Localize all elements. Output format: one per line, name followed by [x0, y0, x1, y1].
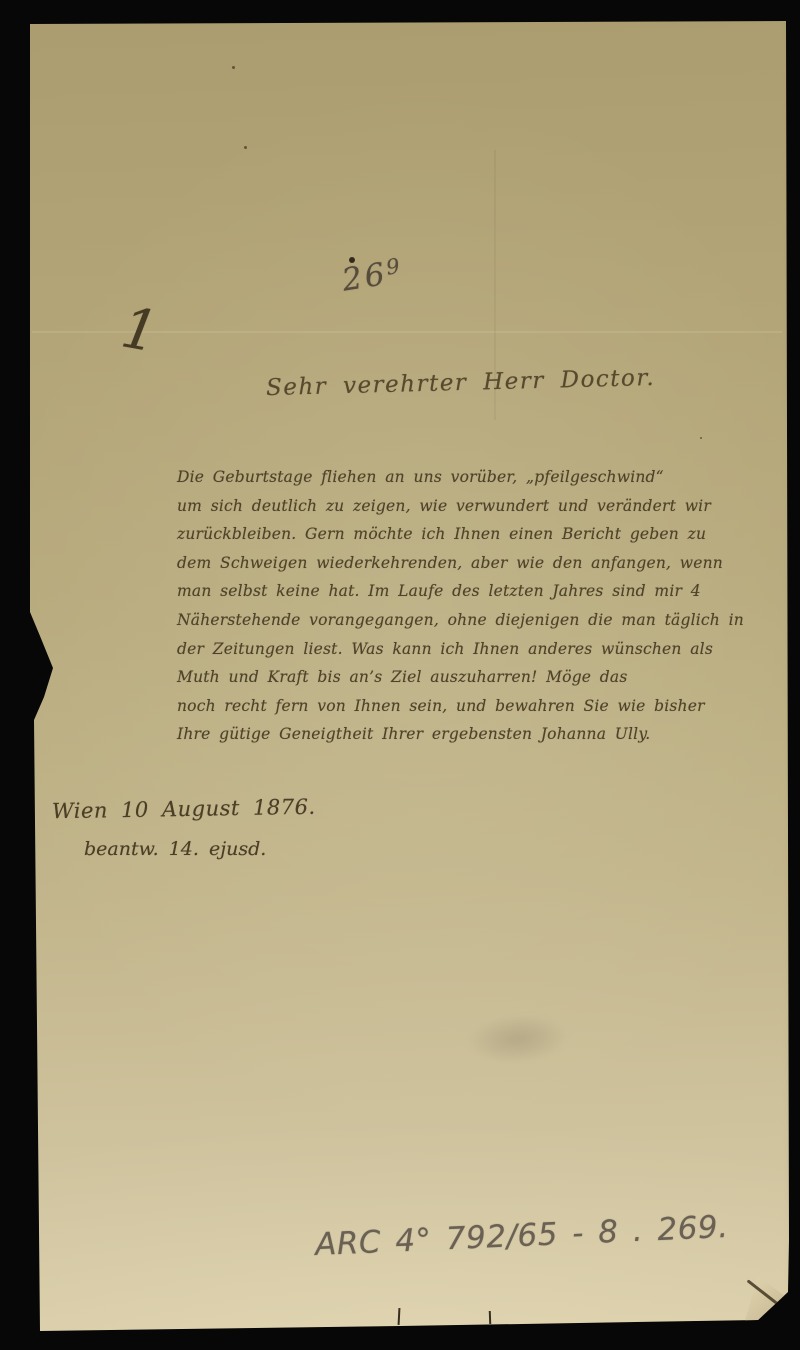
archive-shelfmark: ARC 4° 792/65 - 8 . 269. — [314, 1209, 729, 1263]
bottom-edge-mark — [398, 1308, 401, 1325]
letter-page: 269 1 Sehr verehrter Herr Doctor. Die Ge… — [0, 0, 800, 1350]
letter-body-line: man selbst keine hat. Im Laufe des letzt… — [177, 577, 744, 606]
letter-body-line: dem Schweigen wiederkehrenden, aber wie … — [177, 549, 744, 578]
bottom-edge-mark — [489, 1311, 491, 1324]
reply-annotation: beantw. 14. ejusd. — [84, 838, 266, 860]
folio-number-base: 26 — [340, 256, 391, 299]
letter-body: Die Geburtstage fliehen an uns vorüber, … — [177, 463, 744, 749]
corner-numeral: 1 — [117, 295, 163, 365]
letter-body-line: um sich deutlich zu zeigen, wie verwunde… — [177, 492, 744, 521]
ink-speck — [244, 146, 247, 149]
letter-body-line: Muth und Kraft bis an’s Ziel auszuharren… — [177, 663, 744, 692]
faint-smudge — [464, 1010, 571, 1067]
letter-body-line: der Zeitungen liest. Was kann ich Ihnen … — [177, 635, 744, 664]
folio-number-superscript: 9 — [384, 253, 404, 279]
scan-background: 269 1 Sehr verehrter Herr Doctor. Die Ge… — [0, 0, 800, 1350]
letter-body-line: Ihre gütige Geneigtheit Ihrer ergebenste… — [177, 720, 744, 749]
ink-speck — [700, 437, 702, 439]
letter-body-line: noch recht fern von Ihnen sein, und bewa… — [177, 692, 744, 721]
place-date-line: Wien 10 August 1876. — [52, 795, 316, 824]
letter-body-line: zurückbleiben. Gern möchte ich Ihnen ein… — [177, 520, 744, 549]
salutation-line: Sehr verehrter Herr Doctor. — [266, 365, 656, 401]
letter-body-line: Näherstehende vorangegangen, ohne diejen… — [177, 606, 744, 635]
ink-speck — [232, 66, 235, 69]
letter-body-line: Die Geburtstage fliehen an uns vorüber, … — [177, 463, 744, 492]
